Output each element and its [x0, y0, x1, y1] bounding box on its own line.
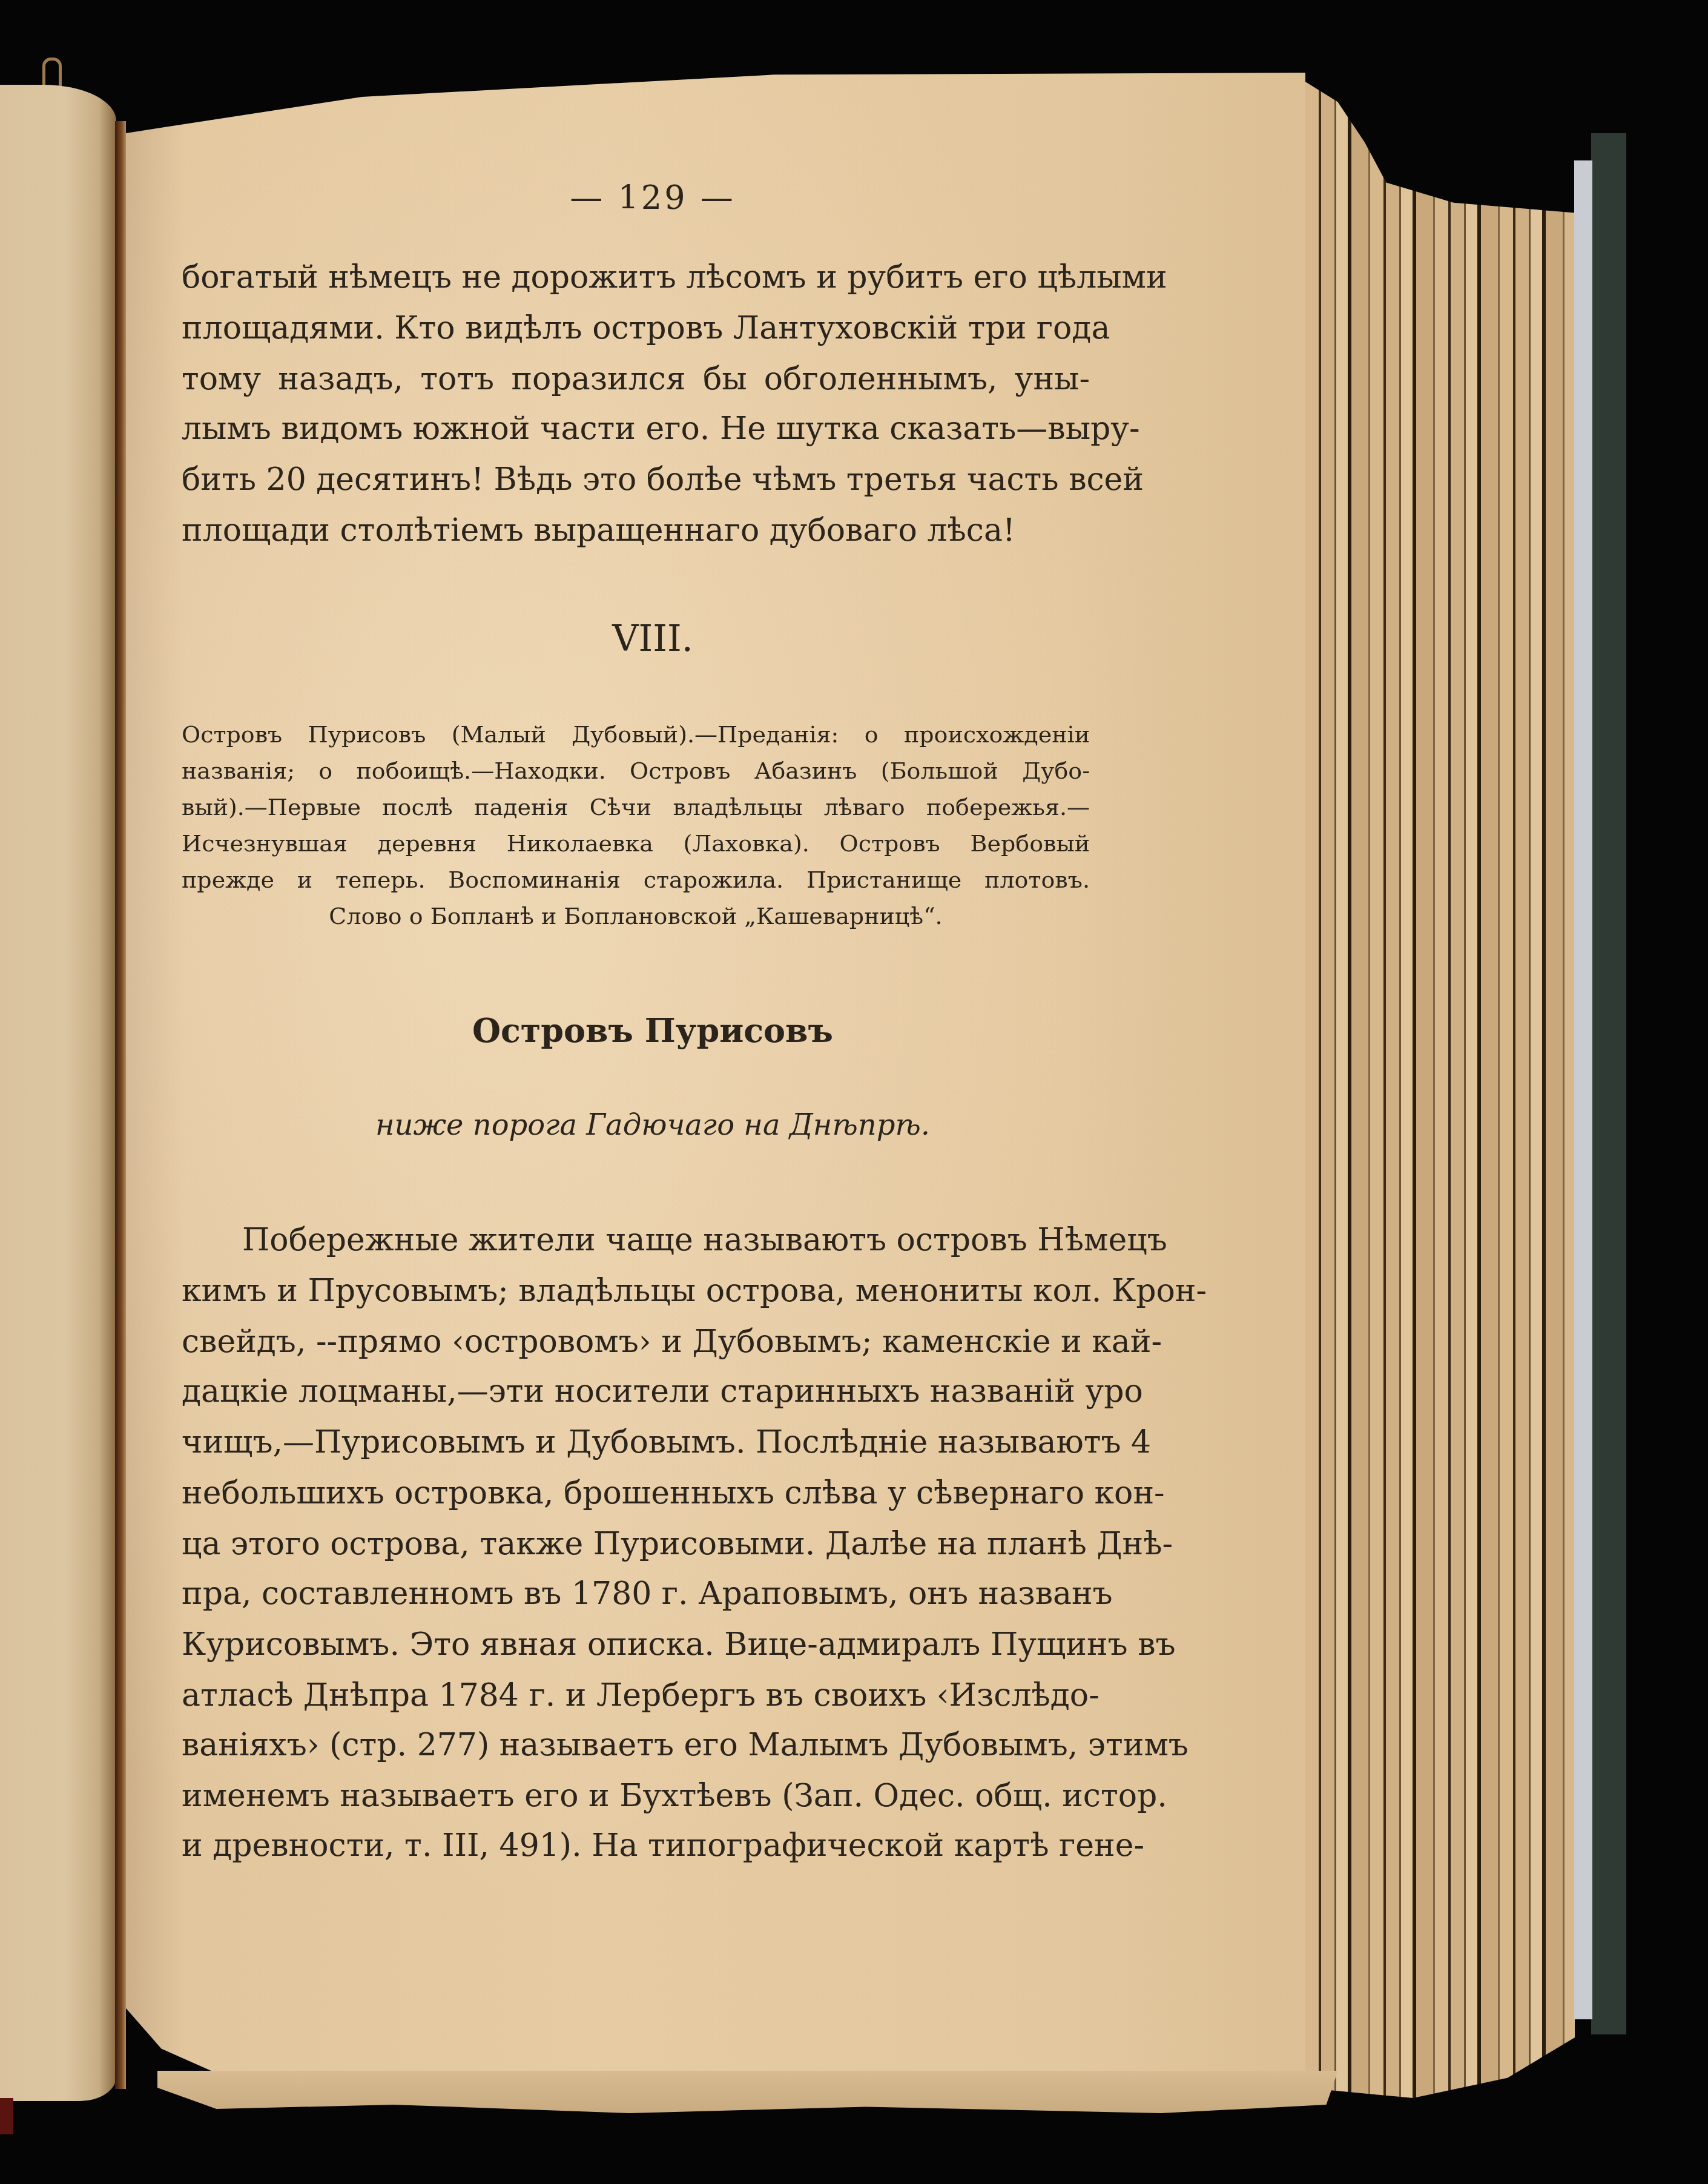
text-line: и древности, т. III, 491). На типографич…: [182, 1827, 1090, 1864]
text-line: площади столѣтіемъ выращеннаго дубоваго …: [182, 512, 1090, 549]
fore-edge-page-stack: [1305, 82, 1575, 2098]
text-line: чищъ,—Пурисовымъ и Дубовымъ. Послѣдніе н…: [182, 1424, 1090, 1460]
summary-line: прежде и теперь. Воспоминанія старожила.…: [182, 866, 1090, 894]
text-line: лымъ видомъ южной части его. Не шутка ск…: [182, 411, 1090, 447]
book-gutter: [115, 121, 126, 2089]
summary-line: Слово о Бопланѣ и Боплановской „Кашеварн…: [182, 902, 1090, 930]
text-line: Побережные жители чаще называютъ островъ…: [182, 1222, 1090, 1258]
left-cover-edge: [0, 2098, 13, 2134]
text-line: пра, составленномъ въ 1780 г. Араповымъ,…: [182, 1575, 1090, 1612]
text-line: бить 20 десятинъ! Вѣдь это болѣе чѣмъ тр…: [182, 461, 1090, 498]
text-line: Курисовымъ. Это явная описка. Вице-адмир…: [182, 1626, 1090, 1663]
summary-line: вый).—Первые послѣ паденія Сѣчи владѣльц…: [182, 793, 1090, 821]
book-cover: [1591, 133, 1626, 2034]
text-line: именемъ называетъ его и Бухтѣевъ (Зап. О…: [182, 1778, 1090, 1814]
text-line: площадями. Кто видѣлъ островъ Лантуховск…: [182, 310, 1090, 346]
text-line: небольшихъ островка, брошенныхъ слѣва у …: [182, 1475, 1090, 1511]
text-line: ваніяхъ› (стр. 277) называетъ его Малымъ…: [182, 1727, 1090, 1763]
text-line: свейдъ, --прямо ‹островомъ› и Дубовымъ; …: [182, 1324, 1090, 1360]
page-bottom-edge: [157, 2071, 1338, 2113]
text-line: атласѣ Днѣпра 1784 г. и Лербергъ въ свои…: [182, 1677, 1090, 1714]
text-line: тому назадъ, тотъ поразился бы обголенны…: [182, 361, 1090, 397]
left-page-edge: [0, 85, 116, 2101]
summary-line: Островъ Пурисовъ (Малый Дубовый).—Предан…: [182, 721, 1090, 748]
text-line: дацкіе лоцманы,—эти носители старинныхъ …: [182, 1373, 1090, 1410]
chapter-numeral: VIII.: [0, 618, 1305, 660]
section-title: Островъ Пурисовъ: [0, 1011, 1305, 1050]
text-line: ца этого острова, также Пурисовыми. Далѣ…: [182, 1526, 1090, 1562]
book-cover-edge: [1574, 160, 1592, 2019]
summary-line: названія; о побоищѣ.—Находки. Островъ Аб…: [182, 757, 1090, 785]
text-line: кимъ и Прусовымъ; владѣльцы острова, мен…: [182, 1273, 1090, 1309]
page-number: — 129 —: [0, 179, 1305, 217]
section-subtitle: ниже порога Гадючаго на Днѣпрѣ.: [0, 1108, 1305, 1142]
summary-line: Исчезнувшая деревня Николаевка (Лаховка)…: [182, 830, 1090, 857]
text-line: богатый нѣмецъ не дорожитъ лѣсомъ и руби…: [182, 259, 1090, 295]
